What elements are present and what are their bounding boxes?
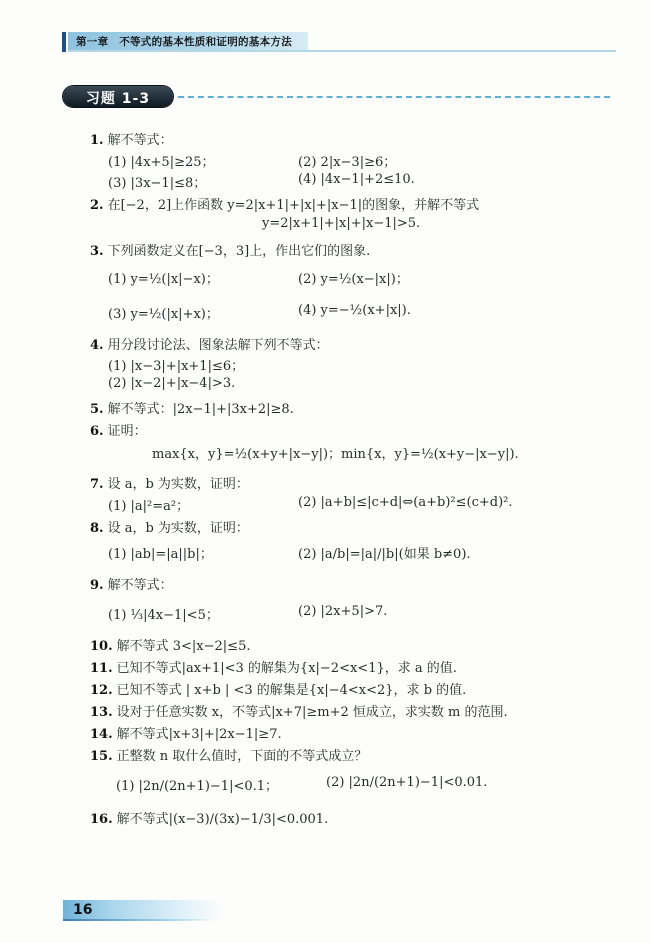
problem-3: 3.下列函数定义在[−3，3]上，作出它们的图象. bbox=[90, 240, 370, 259]
page-number: 16 bbox=[73, 902, 92, 918]
problem-3-sub-4: (4) y=−½(x+|x|). bbox=[298, 303, 411, 318]
problem-number: 7. bbox=[90, 477, 104, 492]
chapter-underline bbox=[68, 50, 616, 52]
page-number-underline bbox=[63, 919, 213, 921]
problem-1-sub-4: (4) |4x−1|+2≤10. bbox=[298, 172, 415, 187]
problem-text: 设对于任意实数 x，不等式|x+7|≥m+2 恒成立，求实数 m 的范围. bbox=[117, 705, 508, 720]
problem-number: 8. bbox=[90, 521, 104, 536]
problem-9-sub-2: (2) |2x+5|>7. bbox=[298, 604, 387, 619]
problem-2-continuation: y=2|x+1|+|x|+|x−1|>5. bbox=[262, 216, 420, 231]
problem-3-sub-2: (2) y=½(x−|x|)； bbox=[298, 268, 409, 287]
problem-4-sub-2: (2) |x−2|+|x−4|>3. bbox=[108, 376, 235, 391]
problem-10: 10.解不等式 3<|x−2|≤5. bbox=[90, 635, 250, 654]
exercise-dashed-rule bbox=[178, 96, 610, 98]
problem-1-sub-3: (3) |3x−1|≤8； bbox=[108, 172, 206, 191]
problem-4-sub-1: (1) |x−3|+|x+1|≤6； bbox=[108, 355, 244, 374]
problem-text: 已知不等式 | x+b | <3 的解集是{x|−4<x<2}，求 b 的值. bbox=[117, 683, 467, 698]
problem-number: 3. bbox=[90, 244, 104, 259]
problem-text: 下列函数定义在[−3，3]上，作出它们的图象. bbox=[108, 244, 371, 259]
chapter-header: 第一章 不等式的基本性质和证明的基本方法 bbox=[62, 32, 622, 52]
problem-13: 13.设对于任意实数 x，不等式|x+7|≥m+2 恒成立，求实数 m 的范围. bbox=[90, 701, 508, 720]
problem-8: 8.设 a，b 为实数，证明： bbox=[90, 517, 249, 536]
problem-1-sub-2: (2) 2|x−3|≥6； bbox=[298, 151, 396, 170]
problem-number: 5. bbox=[90, 402, 104, 417]
problem-16: 16.解不等式|(x−3)/(3x)−1/3|<0.001. bbox=[90, 808, 328, 827]
problem-15-sub-1: (1) |2n/(2n+1)−1|<0.1； bbox=[116, 775, 278, 794]
problem-text: 解不等式： bbox=[108, 133, 173, 148]
problem-7-sub-1: (1) |a|²=a²； bbox=[108, 495, 189, 514]
problem-number: 16. bbox=[90, 812, 113, 827]
problem-2: 2.在[−2，2]上作函数 y=2|x+1|+|x|+|x−1|的图象，并解不等… bbox=[90, 194, 479, 213]
page-footer: 16 bbox=[63, 900, 263, 922]
problem-9-sub-1: (1) ⅓|4x−1|<5； bbox=[108, 604, 219, 623]
chapter-accent-bar bbox=[62, 32, 66, 52]
problem-text: 正整数 n 取什么值时，下面的不等式成立？ bbox=[117, 749, 368, 764]
problem-text: 解不等式：|2x−1|+|3x+2|≥8. bbox=[108, 402, 294, 417]
problem-6: 6.证明： bbox=[90, 420, 147, 439]
problem-number: 12. bbox=[90, 683, 113, 698]
problem-text: 设 a，b 为实数，证明： bbox=[108, 521, 249, 536]
problem-15: 15.正整数 n 取什么值时，下面的不等式成立？ bbox=[90, 745, 367, 764]
problem-number: 1. bbox=[90, 133, 104, 148]
problem-number: 4. bbox=[90, 338, 104, 353]
problem-number: 13. bbox=[90, 705, 113, 720]
problem-12: 12.已知不等式 | x+b | <3 的解集是{x|−4<x<2}，求 b 的… bbox=[90, 679, 466, 698]
problem-text: 用分段讨论法、图象法解下列不等式： bbox=[108, 338, 329, 353]
exercise-badge-label: 习题 1-3 bbox=[63, 88, 173, 108]
problem-text: 证明： bbox=[108, 424, 147, 439]
problem-4: 4.用分段讨论法、图象法解下列不等式： bbox=[90, 334, 329, 353]
problem-text: 解不等式|(x−3)/(3x)−1/3|<0.001. bbox=[117, 812, 329, 827]
problem-11: 11.已知不等式|ax+1|<3 的解集为{x|−2<x<1}，求 a 的值. bbox=[90, 657, 457, 676]
problem-14: 14.解不等式|x+3|+|2x−1|≥7. bbox=[90, 723, 282, 742]
problem-9: 9.解不等式： bbox=[90, 574, 173, 593]
problem-1: 1.解不等式： bbox=[90, 129, 173, 148]
problem-text: 解不等式|x+3|+|2x−1|≥7. bbox=[117, 727, 282, 742]
exercise-badge: 习题 1-3 bbox=[63, 86, 173, 107]
problem-number: 6. bbox=[90, 424, 104, 439]
problem-number: 15. bbox=[90, 749, 113, 764]
problem-text: 已知不等式|ax+1|<3 的解集为{x|−2<x<1}，求 a 的值. bbox=[117, 661, 457, 676]
problem-8-sub-1: (1) |ab|=|a||b|； bbox=[108, 543, 213, 562]
chapter-title: 第一章 不等式的基本性质和证明的基本方法 bbox=[76, 34, 292, 49]
problem-text: 解不等式 3<|x−2|≤5. bbox=[117, 639, 251, 654]
problem-7-sub-2: (2) |a+b|≤|c+d|⇔(a+b)²≤(c+d)². bbox=[298, 495, 513, 510]
problem-text: 解不等式： bbox=[108, 578, 173, 593]
problem-3-sub-1: (1) y=½(|x|−x)； bbox=[108, 268, 219, 287]
problem-7: 7.设 a，b 为实数，证明： bbox=[90, 473, 249, 492]
problem-number: 14. bbox=[90, 727, 113, 742]
problem-1-sub-1: (1) |4x+5|≥25； bbox=[108, 151, 215, 170]
problem-number: 11. bbox=[90, 661, 113, 676]
problem-3-sub-3: (3) y=½(|x|+x)； bbox=[108, 303, 219, 322]
problem-8-sub-2: (2) |a/b|=|a|/|b|(如果 b≠0). bbox=[298, 543, 471, 562]
problem-text: 设 a，b 为实数，证明： bbox=[108, 477, 249, 492]
problem-5: 5.解不等式：|2x−1|+|3x+2|≥8. bbox=[90, 398, 294, 417]
problem-number: 2. bbox=[90, 198, 104, 213]
problem-number: 9. bbox=[90, 578, 104, 593]
problem-15-sub-2: (2) |2n/(2n+1)−1|<0.01. bbox=[326, 775, 487, 790]
problem-text: 在[−2，2]上作函数 y=2|x+1|+|x|+|x−1|的图象，并解不等式 bbox=[108, 198, 480, 213]
problem-6-continuation: max{x，y}=½(x+y+|x−y|)；min{x，y}=½(x+y−|x−… bbox=[152, 443, 519, 462]
problem-number: 10. bbox=[90, 639, 113, 654]
